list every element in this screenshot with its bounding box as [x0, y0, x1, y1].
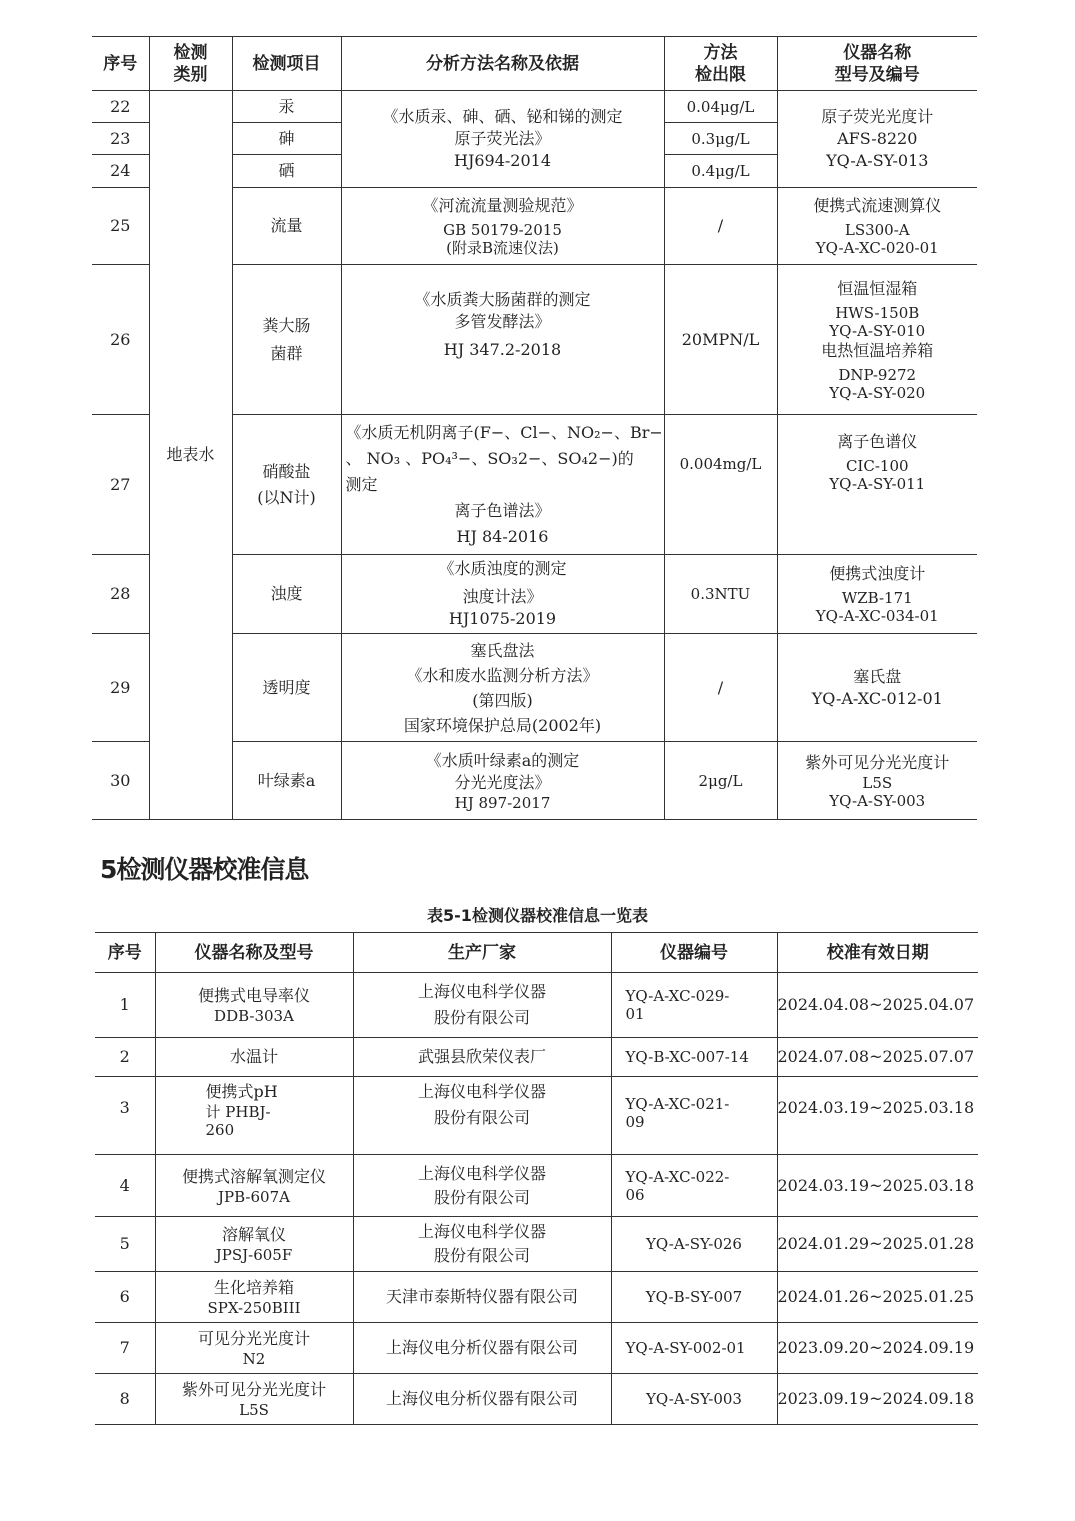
cell-item: 硝酸盐(以N计)	[232, 415, 341, 555]
cell-date: 2024.03.19~2025.03.18	[777, 1077, 978, 1155]
cell-date: 2023.09.19~2024.09.18	[777, 1374, 978, 1425]
cell-seq: 2	[95, 1038, 155, 1077]
cell-name: 可见分光光度计N2	[155, 1323, 353, 1374]
cell-instrument: 原子荧光光度计AFS-8220YQ-A-SY-013	[777, 91, 977, 188]
cell-instrument: 离子色谱仪CIC-100YQ-A-SY-011	[777, 415, 977, 555]
cell-instrument: 紫外可见分光光度计L5SYQ-A-SY-003	[777, 742, 977, 820]
cell-seq: 25	[92, 188, 149, 265]
cell-limit: 0.3μg/L	[664, 123, 777, 155]
table-row: 1 便携式电导率仪DDB-303A 上海仪电科学仪器股份有限公司 YQ-A-XC…	[95, 973, 978, 1038]
cell-seq: 3	[95, 1077, 155, 1155]
table-row: 2 水温计 武强县欣荣仪表厂 YQ-B-XC-007-14 2024.07.08…	[95, 1038, 978, 1077]
cell-seq: 28	[92, 555, 149, 634]
section-heading: 5检测仪器校准信息	[100, 850, 308, 886]
cell-item: 流量	[232, 188, 341, 265]
cell-item: 汞	[232, 91, 341, 123]
cell-instrument: 恒温恒湿箱HWS-150BYQ-A-SY-010电热恒温培养箱DNP-9272Y…	[777, 265, 977, 415]
cell-date: 2024.01.26~2025.01.25	[777, 1272, 978, 1323]
cell-id: YQ-A-SY-003	[611, 1374, 777, 1425]
cell-date: 2024.07.08~2025.07.07	[777, 1038, 978, 1077]
cell-seq: 5	[95, 1217, 155, 1272]
table-row: 6 生化培养箱SPX-250BIII 天津市泰斯特仪器有限公司 YQ-B-SY-…	[95, 1272, 978, 1323]
cell-maker: 上海仪电分析仪器有限公司	[353, 1374, 611, 1425]
header-instrument: 仪器名称型号及编号	[777, 37, 977, 91]
cell-seq: 4	[95, 1155, 155, 1217]
cell-name: 便携式电导率仪DDB-303A	[155, 973, 353, 1038]
cell-method: 塞氏盘法《水和废水监测分析方法》(第四版)国家环境保护总局(2002年)	[341, 634, 664, 742]
cell-limit: 0.004mg/L	[664, 415, 777, 555]
cell-maker: 上海仪电科学仪器股份有限公司	[353, 1217, 611, 1272]
cell-item: 透明度	[232, 634, 341, 742]
cell-id: YQ-A-XC-021-09	[611, 1077, 777, 1155]
cell-item: 硒	[232, 155, 341, 188]
header-category: 检测类别	[149, 37, 232, 91]
cell-name: 便携式pH计 PHBJ-260	[155, 1077, 353, 1155]
cell-instrument: 塞氏盘YQ-A-XC-012-01	[777, 634, 977, 742]
cell-seq: 30	[92, 742, 149, 820]
header-id: 仪器编号	[611, 933, 777, 973]
cell-method: 《水质叶绿素a的测定分光光度法》HJ 897-2017	[341, 742, 664, 820]
analysis-methods-table: 序号 检测类别 检测项目 分析方法名称及依据 方法检出限 仪器名称型号及编号 2…	[92, 36, 977, 820]
cell-seq: 23	[92, 123, 149, 155]
cell-method: 《水质汞、砷、硒、铋和锑的测定原子荧光法》HJ694-2014	[341, 91, 664, 188]
table-row: 3 便携式pH计 PHBJ-260 上海仪电科学仪器股份有限公司 YQ-A-XC…	[95, 1077, 978, 1155]
cell-seq: 1	[95, 973, 155, 1038]
cell-id: YQ-B-XC-007-14	[611, 1038, 777, 1077]
table-row: 22 地表水 汞 《水质汞、砷、硒、铋和锑的测定原子荧光法》HJ694-2014…	[92, 91, 977, 123]
table-row: 8 紫外可见分光光度计L5S 上海仪电分析仪器有限公司 YQ-A-SY-003 …	[95, 1374, 978, 1425]
cell-instrument: 便携式流速测算仪LS300-AYQ-A-XC-020-01	[777, 188, 977, 265]
cell-item: 叶绿素a	[232, 742, 341, 820]
cell-seq: 27	[92, 415, 149, 555]
cell-name: 生化培养箱SPX-250BIII	[155, 1272, 353, 1323]
cell-item: 砷	[232, 123, 341, 155]
cell-limit: /	[664, 188, 777, 265]
cell-method: 《河流流量测验规范》GB 50179-2015(附录B流速仪法)	[341, 188, 664, 265]
cell-id: YQ-A-SY-002-01	[611, 1323, 777, 1374]
cell-id: YQ-A-XC-022-06	[611, 1155, 777, 1217]
header-item: 检测项目	[232, 37, 341, 91]
cell-item: 浊度	[232, 555, 341, 634]
cell-method: 《水质浊度的测定浊度计法》HJ1075-2019	[341, 555, 664, 634]
header-name: 仪器名称及型号	[155, 933, 353, 973]
cell-method: 《水质粪大肠菌群的测定多管发酵法》HJ 347.2-2018	[341, 265, 664, 415]
cell-seq: 26	[92, 265, 149, 415]
cell-maker: 上海仪电科学仪器股份有限公司	[353, 1155, 611, 1217]
cell-id: YQ-B-SY-007	[611, 1272, 777, 1323]
cell-date: 2023.09.20~2024.09.19	[777, 1323, 978, 1374]
cell-instrument: 便携式浊度计WZB-171YQ-A-XC-034-01	[777, 555, 977, 634]
cell-name: 便携式溶解氧测定仪JPB-607A	[155, 1155, 353, 1217]
table-row: 7 可见分光光度计N2 上海仪电分析仪器有限公司 YQ-A-SY-002-01 …	[95, 1323, 978, 1374]
cell-name: 紫外可见分光光度计L5S	[155, 1374, 353, 1425]
cell-seq: 7	[95, 1323, 155, 1374]
cell-id: YQ-A-SY-026	[611, 1217, 777, 1272]
table-row: 4 便携式溶解氧测定仪JPB-607A 上海仪电科学仪器股份有限公司 YQ-A-…	[95, 1155, 978, 1217]
cell-method: 《水质无机阴离子(F−、Cl−、NO₂−、Br−、 NO₃ 、PO₄³−、SO₃…	[341, 415, 664, 555]
cell-name: 溶解氧仪JPSJ-605F	[155, 1217, 353, 1272]
cell-limit: 0.3NTU	[664, 555, 777, 634]
cell-limit: /	[664, 634, 777, 742]
table-header-row: 序号 仪器名称及型号 生产厂家 仪器编号 校准有效日期	[95, 933, 978, 973]
cell-date: 2024.03.19~2025.03.18	[777, 1155, 978, 1217]
cell-limit: 20MPN/L	[664, 265, 777, 415]
cell-maker: 上海仪电分析仪器有限公司	[353, 1323, 611, 1374]
cell-date: 2024.04.08~2025.04.07	[777, 973, 978, 1038]
cell-seq: 6	[95, 1272, 155, 1323]
table-header-row: 序号 检测类别 检测项目 分析方法名称及依据 方法检出限 仪器名称型号及编号	[92, 37, 977, 91]
cell-seq: 29	[92, 634, 149, 742]
cell-maker: 上海仪电科学仪器股份有限公司	[353, 1077, 611, 1155]
cell-maker: 天津市泰斯特仪器有限公司	[353, 1272, 611, 1323]
cell-item: 粪大肠菌群	[232, 265, 341, 415]
calibration-table: 序号 仪器名称及型号 生产厂家 仪器编号 校准有效日期 1 便携式电导率仪DDB…	[95, 932, 978, 1425]
cell-category: 地表水	[149, 91, 232, 820]
cell-limit: 0.4μg/L	[664, 155, 777, 188]
cell-name: 水温计	[155, 1038, 353, 1077]
header-maker: 生产厂家	[353, 933, 611, 973]
header-seq: 序号	[95, 933, 155, 973]
header-method: 分析方法名称及依据	[341, 37, 664, 91]
header-seq: 序号	[92, 37, 149, 91]
cell-seq: 24	[92, 155, 149, 188]
cell-seq: 8	[95, 1374, 155, 1425]
table-row: 5 溶解氧仪JPSJ-605F 上海仪电科学仪器股份有限公司 YQ-A-SY-0…	[95, 1217, 978, 1272]
cell-id: YQ-A-XC-029-01	[611, 973, 777, 1038]
cell-maker: 武强县欣荣仪表厂	[353, 1038, 611, 1077]
cell-seq: 22	[92, 91, 149, 123]
cell-date: 2024.01.29~2025.01.28	[777, 1217, 978, 1272]
cell-limit: 0.04μg/L	[664, 91, 777, 123]
header-date: 校准有效日期	[777, 933, 978, 973]
header-limit: 方法检出限	[664, 37, 777, 91]
cell-limit: 2μg/L	[664, 742, 777, 820]
table-caption: 表5-1检测仪器校准信息一览表	[0, 903, 1075, 926]
cell-maker: 上海仪电科学仪器股份有限公司	[353, 973, 611, 1038]
